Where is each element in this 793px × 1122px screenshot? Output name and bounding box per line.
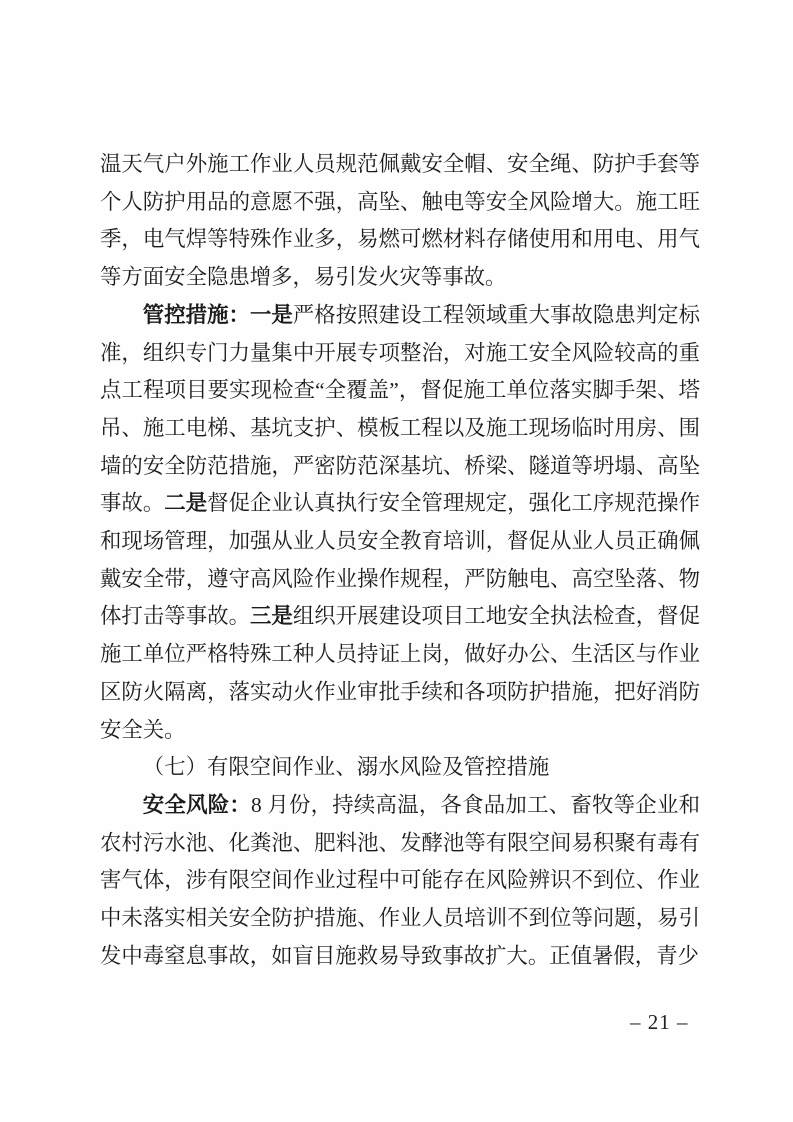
- page-number: – 21 –: [630, 1010, 689, 1034]
- paragraph: 安全风险：8 月份，持续高温，各食品加工、畜牧等企业和农村污水池、化粪池、肥料池…: [100, 787, 700, 976]
- text-run: 严格按照建设工程领域重大事故隐患判定标准，组织专门力量集中开展专项整治，对施工安…: [100, 303, 700, 516]
- text-run: 8 月份，持续高温，各食品加工、畜牧等企业和农村污水池、化粪池、肥料池、发酵池等…: [100, 793, 700, 968]
- document-body: 温天气户外施工作业人员规范佩戴安全帽、安全绳、防护手套等个人防护用品的意愿不强，…: [100, 146, 700, 975]
- paragraph: 温天气户外施工作业人员规范佩戴安全帽、安全绳、防护手套等个人防护用品的意愿不强，…: [100, 146, 700, 297]
- text-run-bold: 管控措施：一是: [143, 303, 293, 327]
- text-run-bold: 二是: [164, 491, 207, 515]
- paragraph: 管控措施：一是严格按照建设工程领域重大事故隐患判定标准，组织专门力量集中开展专项…: [100, 297, 700, 749]
- text-run: 温天气户外施工作业人员规范佩戴安全帽、安全绳、防护手套等个人防护用品的意愿不强，…: [100, 152, 700, 289]
- text-run-bold: 安全风险：: [143, 793, 251, 817]
- text-run: （七）有限空间作业、溺水风险及管控措施: [143, 755, 549, 779]
- document-page: 温天气户外施工作业人员规范佩戴安全帽、安全绳、防护手套等个人防护用品的意愿不强，…: [0, 0, 793, 1122]
- text-run-bold: 三是: [250, 604, 293, 628]
- paragraph: （七）有限空间作业、溺水风险及管控措施: [100, 749, 700, 787]
